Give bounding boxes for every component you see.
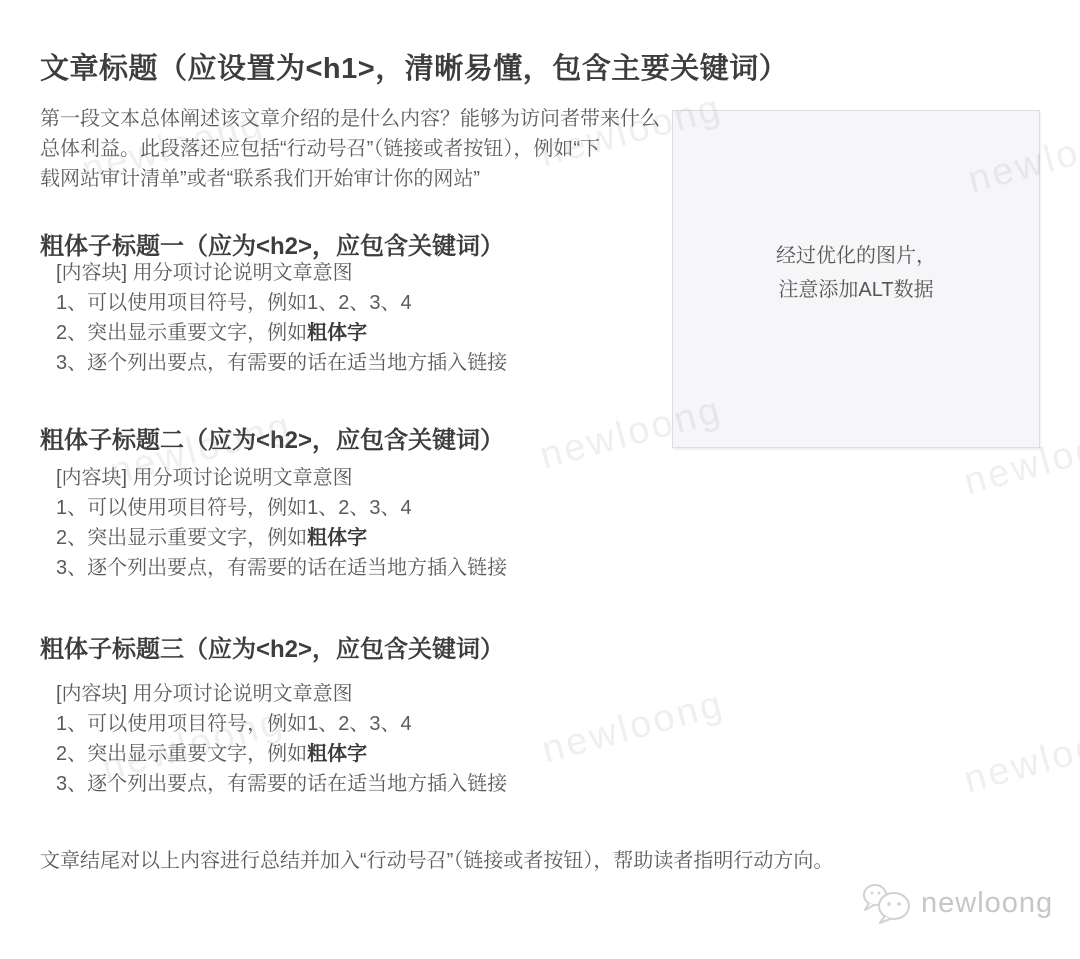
image-caption-line: 注意添加ALT数据 — [776, 273, 936, 307]
list-item-text: 2、突出显示重要文字，例如 — [56, 322, 307, 344]
image-caption-line: 经过优化的图片， — [776, 239, 936, 273]
section-heading-2: 粗体子标题二（应为<h2>，应包含关键词） — [40, 425, 680, 457]
list-item: 3、逐个列出要点，有需要的话在适当地方插入链接 — [56, 553, 676, 583]
list-item: 1、可以使用项目符号，例如1、2、3、4 — [56, 493, 676, 523]
list-item-text: 2、突出显示重要文字，例如 — [56, 527, 307, 549]
bold-keyword: 粗体字 — [307, 322, 367, 344]
intro-line: 载网站审计清单”或者“联系我们开始审计你的网站” — [40, 164, 680, 194]
content-block-label: [内容块] 用分项讨论说明文章意图 — [56, 258, 676, 288]
list-item: 1、可以使用项目符号，例如1、2、3、4 — [56, 288, 676, 318]
list-item: 2、突出显示重要文字，例如粗体字 — [56, 318, 676, 348]
intro-line: 第一段文本总体阐述该文章介绍的是什么内容？能够为访问者带来什么 — [40, 104, 680, 134]
intro-paragraph: 第一段文本总体阐述该文章介绍的是什么内容？能够为访问者带来什么 总体利益。此段落… — [40, 104, 680, 194]
page-title: 文章标题（应设置为<h1>，清晰易懂，包含主要关键词） — [40, 50, 1040, 88]
brand-logo: newloong — [860, 882, 1053, 924]
closing-paragraph: 文章结尾对以上内容进行总结并加入“行动号召”（链接或者按钮），帮助读者指明行动方… — [40, 846, 1050, 876]
list-item: 3、逐个列出要点，有需要的话在适当地方插入链接 — [56, 769, 676, 799]
brand-name: newloong — [921, 887, 1053, 920]
section-heading-3: 粗体子标题三（应为<h2>，应包含关键词） — [40, 634, 680, 666]
intro-line: 总体利益。此段落还应包括“行动号召”（链接或者按钮），例如“下 — [40, 134, 680, 164]
list-item: 2、突出显示重要文字，例如粗体字 — [56, 739, 676, 769]
content-block-2: [内容块] 用分项讨论说明文章意图 1、可以使用项目符号，例如1、2、3、4 2… — [56, 463, 676, 583]
content-block-label: [内容块] 用分项讨论说明文章意图 — [56, 679, 676, 709]
content-block-3: [内容块] 用分项讨论说明文章意图 1、可以使用项目符号，例如1、2、3、4 2… — [56, 679, 676, 799]
wechat-icon — [860, 882, 914, 924]
list-item: 1、可以使用项目符号，例如1、2、3、4 — [56, 709, 676, 739]
list-item: 2、突出显示重要文字，例如粗体字 — [56, 523, 676, 553]
image-placeholder: 经过优化的图片， 注意添加ALT数据 — [672, 110, 1040, 448]
article-template-page: 文章标题（应设置为<h1>，清晰易懂，包含主要关键词） 第一段文本总体阐述该文章… — [0, 0, 1080, 959]
bold-keyword: 粗体字 — [307, 527, 367, 549]
list-item: 3、逐个列出要点，有需要的话在适当地方插入链接 — [56, 348, 676, 378]
watermark-text: newloong — [960, 713, 1080, 803]
content-block-label: [内容块] 用分项讨论说明文章意图 — [56, 463, 676, 493]
image-placeholder-caption: 经过优化的图片， 注意添加ALT数据 — [776, 239, 936, 319]
content-block-1: [内容块] 用分项讨论说明文章意图 1、可以使用项目符号，例如1、2、3、4 2… — [56, 258, 676, 378]
list-item-text: 2、突出显示重要文字，例如 — [56, 743, 307, 765]
bold-keyword: 粗体字 — [307, 743, 367, 765]
